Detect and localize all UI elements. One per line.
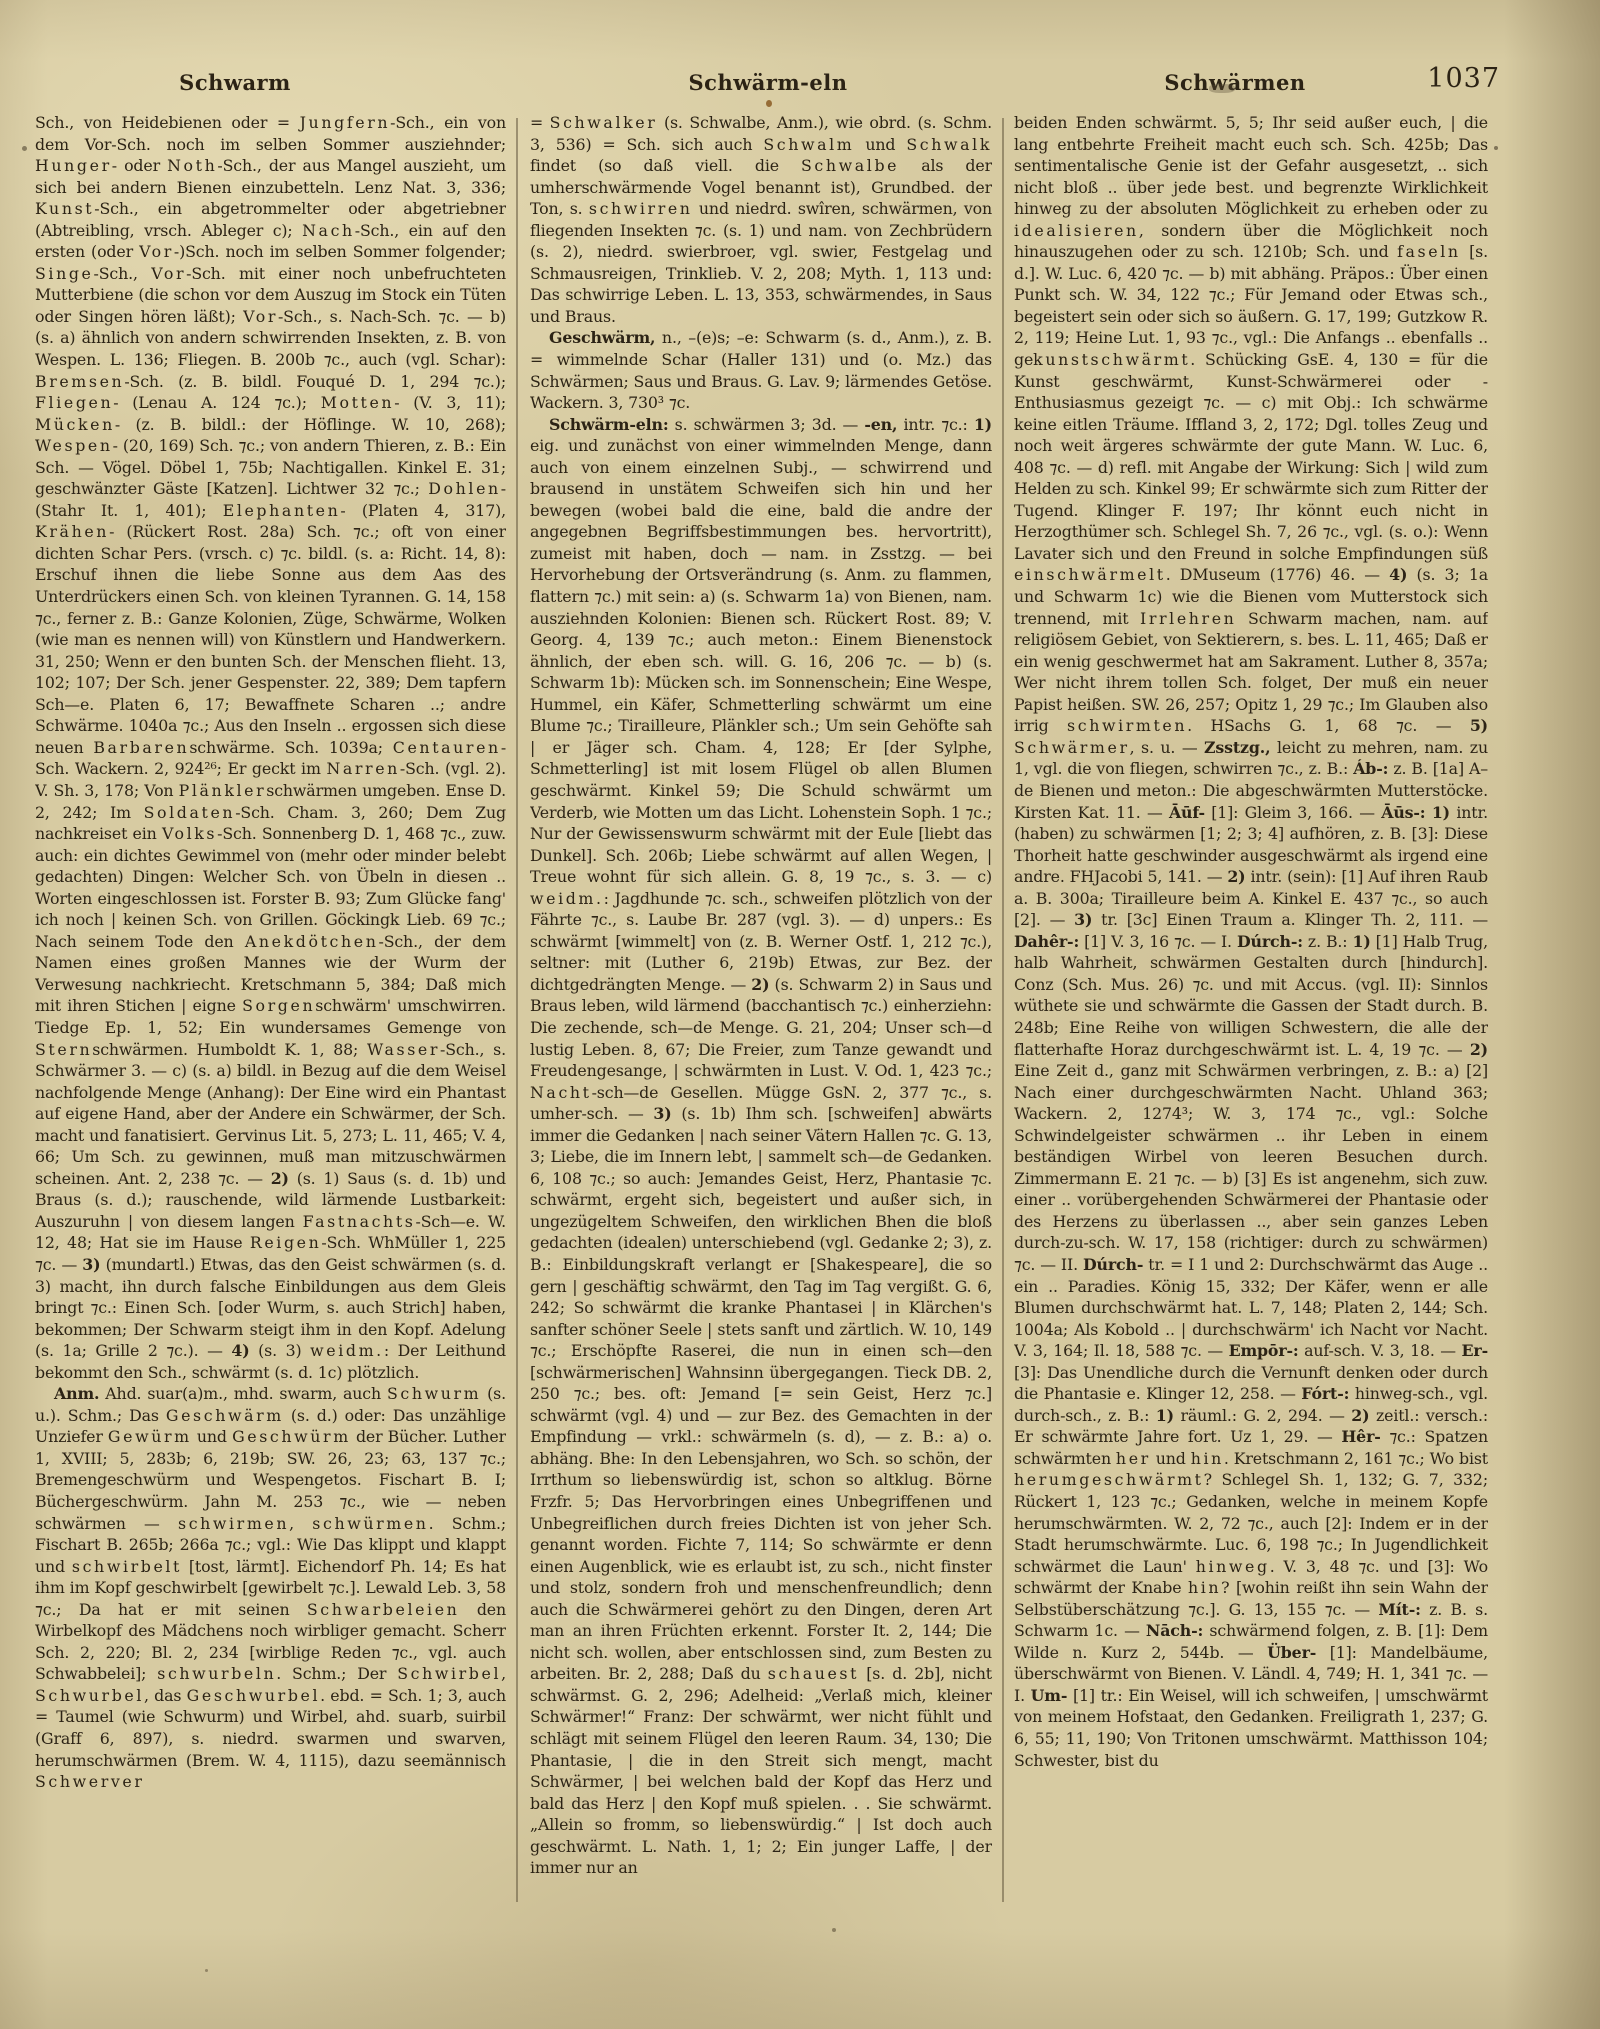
dictionary-paragraph: beiden Enden schwärmt. 5, 5; Ihr seid au… <box>1014 112 1488 1771</box>
dictionary-paragraph: Anm. Ahd. suar(a)m., mhd. swarm, auch Sc… <box>35 1383 506 1792</box>
dictionary-paragraph: Sch., von Heidebienen oder = Jungfern-Sc… <box>35 112 506 1383</box>
ink-speck <box>1494 146 1498 150</box>
running-head-left: Schwarm <box>179 68 291 98</box>
column-divider-rule <box>1002 118 1004 1902</box>
dictionary-paragraph: Geschwärm, n., –(e)s; –e: Schwarm (s. d.… <box>530 327 992 413</box>
text-column-3: beiden Enden schwärmt. 5, 5; Ihr seid au… <box>1014 112 1488 1910</box>
running-head-right: Schwärmen <box>1164 68 1305 98</box>
ink-speck <box>766 100 772 107</box>
dictionary-paragraph: Schwärm-eln: s. schwärmen 3; 3d. — -en, … <box>530 414 992 1879</box>
ink-smudge <box>1209 84 1235 93</box>
ink-speck <box>22 146 27 151</box>
text-column-2: = Schwalker (s. Schwalbe, Anm.), wie obr… <box>530 112 992 1910</box>
ink-speck <box>1168 1242 1171 1245</box>
running-head-center: Schwärm-eln <box>688 68 847 98</box>
text-column-1: Sch., von Heidebienen oder = Jungfern-Sc… <box>35 112 506 1910</box>
page-number: 1037 <box>1427 62 1500 96</box>
ink-speck <box>832 1928 836 1932</box>
column-divider-rule <box>516 118 518 1902</box>
dictionary-page-scan: Schwarm Schwärm-eln Schwärmen 1037 Sch.,… <box>0 0 1600 2029</box>
ink-speck <box>205 1969 208 1972</box>
dictionary-paragraph: = Schwalker (s. Schwalbe, Anm.), wie obr… <box>530 112 992 327</box>
